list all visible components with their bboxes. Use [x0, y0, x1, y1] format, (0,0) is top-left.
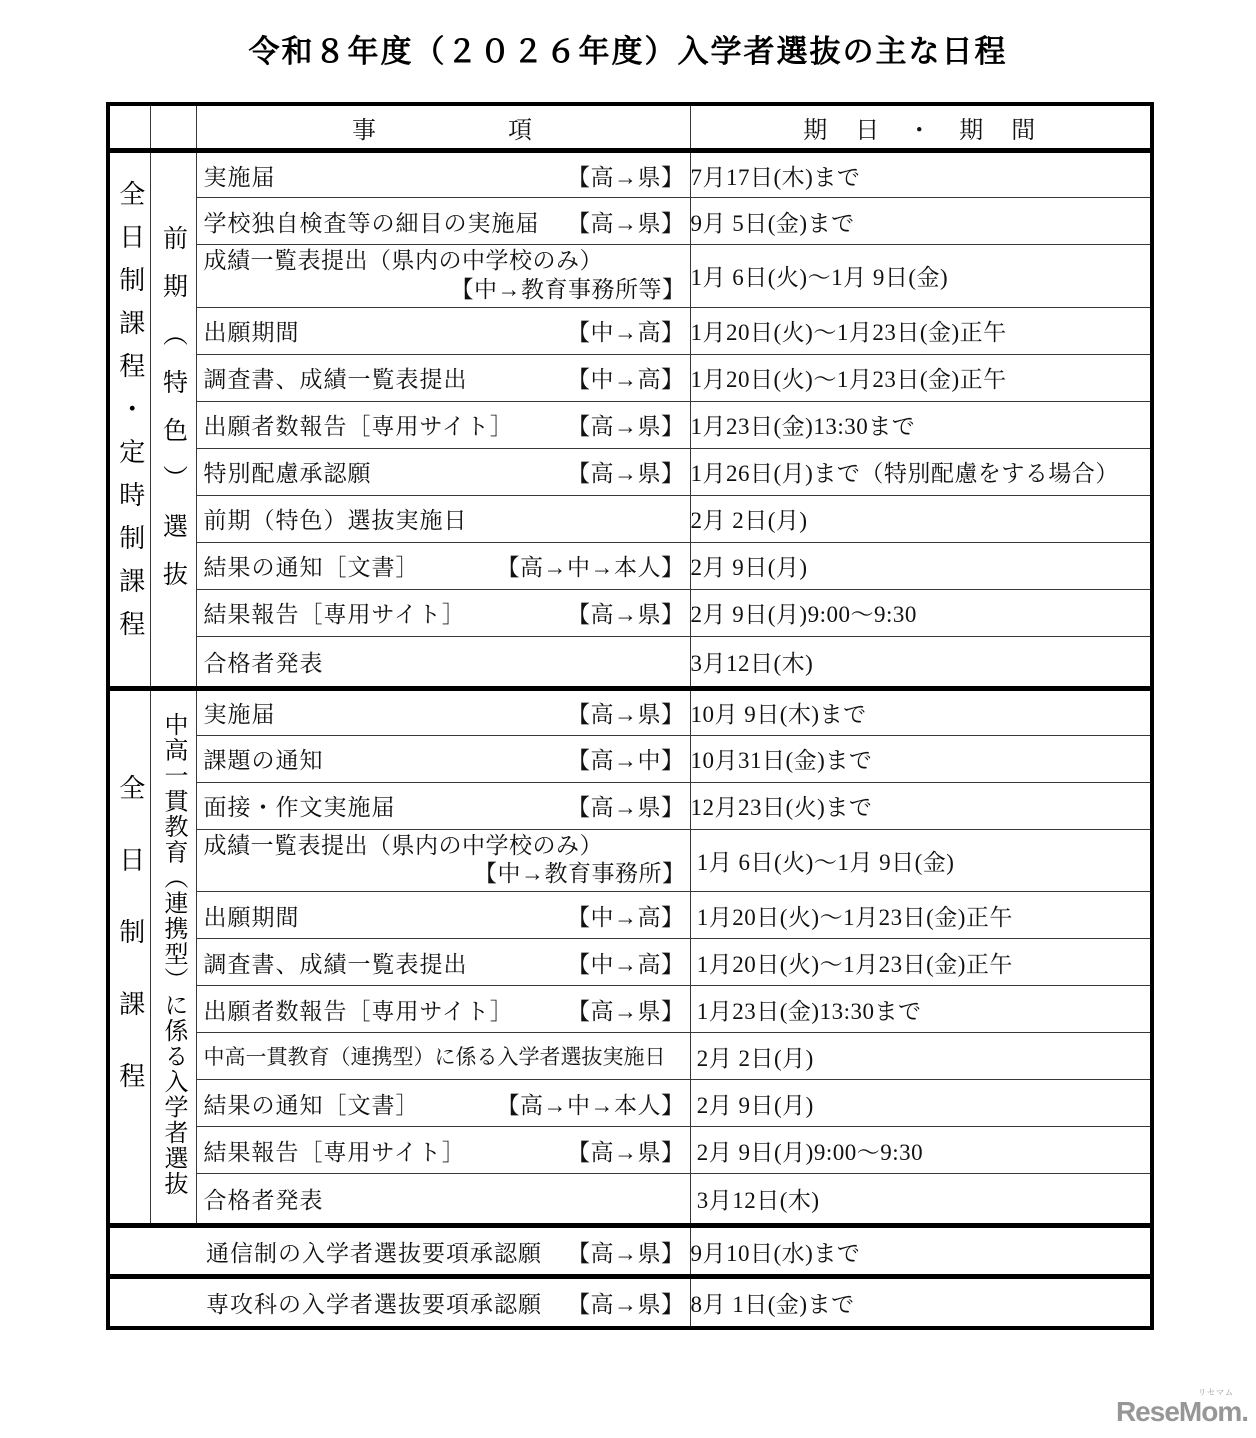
- item-label: 結果報告［専用サイト］: [204, 596, 466, 629]
- item-label: 特別配慮承認願: [204, 455, 372, 488]
- date-value: 10月31日(金)まで: [690, 735, 1152, 782]
- item-cell: 合格者発表: [196, 636, 690, 688]
- date-value: 10月 9日(木)まで: [690, 688, 1152, 735]
- table-row: 出願者数報告［専用サイト］【高→県】 1月23日(金)13:30まで: [108, 401, 1152, 448]
- date-value: 9月 5日(金)まで: [690, 198, 1152, 245]
- table-row: 全日制課程 中高一貫教育（連携型）に係る入学者選抜 実施届【高→県】 10月 9…: [108, 688, 1152, 735]
- date-value: 9月10日(水)まで: [690, 1226, 1152, 1277]
- item-label: 合格者発表: [204, 1182, 324, 1215]
- date-value: 1月20日(火)～1月23日(金)正午: [690, 939, 1152, 986]
- header-empty-cell: [150, 104, 196, 151]
- date-value: 2月 2日(月): [690, 1033, 1152, 1080]
- route-tag: 【中→教育事務所等】: [204, 276, 686, 305]
- route-tag: 【高→県】: [567, 408, 685, 441]
- route-tag: 【中→高】: [567, 946, 685, 979]
- item-label: 出願期間: [204, 899, 300, 932]
- date-value: 1月 6日(火)～1月 9日(金): [690, 829, 1152, 892]
- date-value: 1月20日(火)～1月23日(金)正午: [690, 892, 1152, 939]
- header-date-label: 期 日 ・ 期 間: [690, 104, 1152, 151]
- date-value: 7月17日(木)まで: [690, 151, 1152, 198]
- route-tag: 【中→高】: [567, 314, 685, 347]
- date-value: 3月12日(木): [690, 1174, 1152, 1226]
- item-label: 出願者数報告［専用サイト］: [204, 408, 514, 441]
- table-row: 前期（特色）選抜実施日 2月 2日(月): [108, 495, 1152, 542]
- group-label-course-2: 全日制課程: [108, 688, 150, 1226]
- date-value: 1月 6日(火)～1月 9日(金): [690, 245, 1152, 308]
- route-tag: 【高→中】: [567, 742, 685, 775]
- item-cell: 前期（特色）選抜実施日: [196, 495, 690, 542]
- route-tag: 【高→県】: [567, 1286, 685, 1319]
- item-cell: 実施届【高→県】: [196, 151, 690, 198]
- resemom-logo: リセマムReseMom.: [1116, 1398, 1248, 1426]
- item-label: 実施届: [204, 696, 276, 729]
- item-cell: 成績一覧表提出（県内の中学校のみ）【中→教育事務所等】: [196, 245, 690, 308]
- date-value: 2月 9日(月)9:00～9:30: [690, 1127, 1152, 1174]
- item-label: 前期（特色）選抜実施日: [204, 502, 468, 535]
- item-label: 結果の通知［文書］: [204, 1087, 420, 1120]
- table-row: 課題の通知【高→中】 10月31日(金)まで: [108, 735, 1152, 782]
- table-row: 調査書、成績一覧表提出【中→高】 1月20日(火)～1月23日(金)正午: [108, 354, 1152, 401]
- header-row: 事 項 期 日 ・ 期 間: [108, 104, 1152, 151]
- group-label-selection-1: 前期（特色）選抜: [150, 151, 196, 689]
- schedule-table: 事 項 期 日 ・ 期 間 全日制課程・定時制課程 前期（特色）選抜 実施届【高…: [106, 102, 1154, 1330]
- item-cell: 調査書、成績一覧表提出【中→高】: [196, 939, 690, 986]
- page-title: 令和８年度（２０２６年度）入学者選抜の主な日程: [0, 26, 1256, 71]
- item-label: 調査書、成績一覧表提出: [204, 946, 468, 979]
- table-row: 出願期間【中→高】 1月20日(火)～1月23日(金)正午: [108, 307, 1152, 354]
- item-cell: 結果報告［専用サイト］【高→県】: [196, 589, 690, 636]
- item-label: 面接・作文実施届: [204, 789, 396, 822]
- date-value: 3月12日(木): [690, 636, 1152, 688]
- table-row: 結果報告［専用サイト］【高→県】 2月 9日(月)9:00～9:30: [108, 1127, 1152, 1174]
- table-row: 出願者数報告［専用サイト］【高→県】 1月23日(金)13:30まで: [108, 986, 1152, 1033]
- date-value: 2月 9日(月)9:00～9:30: [690, 589, 1152, 636]
- date-value: 2月 9日(月): [690, 542, 1152, 589]
- route-tag: 【高→中→本人】: [497, 549, 685, 582]
- item-cell: 面接・作文実施届【高→県】: [196, 782, 690, 829]
- route-tag: 【中→教育事務所】: [204, 860, 686, 889]
- item-label: 成績一覧表提出（県内の中学校のみ）: [204, 832, 686, 861]
- group-label-selection-2: 中高一貫教育（連携型）に係る入学者選抜: [150, 688, 196, 1226]
- date-value: 2月 2日(月): [690, 495, 1152, 542]
- item-cell: 実施届【高→県】: [196, 688, 690, 735]
- table-row: 学校独自検査等の細目の実施届【高→県】 9月 5日(金)まで: [108, 198, 1152, 245]
- route-tag: 【高→県】: [567, 159, 685, 192]
- table-row: 調査書、成績一覧表提出【中→高】 1月20日(火)～1月23日(金)正午: [108, 939, 1152, 986]
- date-value: 1月20日(火)～1月23日(金)正午: [690, 354, 1152, 401]
- item-cell: 特別配慮承認願【高→県】: [196, 448, 690, 495]
- table-row: 合格者発表 3月12日(木): [108, 636, 1152, 688]
- table-row: 専攻科の入学者選抜要項承認願【高→県】 8月 1日(金)まで: [108, 1277, 1152, 1328]
- table-row: 結果報告［専用サイト］【高→県】 2月 9日(月)9:00～9:30: [108, 589, 1152, 636]
- item-label: 通信制の入学者選抜要項承認願: [206, 1235, 542, 1268]
- item-label: 成績一覧表提出（県内の中学校のみ）: [204, 247, 686, 276]
- date-value: 1月23日(金)13:30まで: [690, 401, 1152, 448]
- date-value: 8月 1日(金)まで: [690, 1277, 1152, 1328]
- table-row: 中高一貫教育（連携型）に係る入学者選抜実施日 2月 2日(月): [108, 1033, 1152, 1080]
- item-label: 調査書、成績一覧表提出: [204, 361, 468, 394]
- item-cell: 出願期間【中→高】: [196, 307, 690, 354]
- route-tag: 【高→県】: [567, 1235, 685, 1268]
- item-label: 中高一貫教育（連携型）に係る入学者選抜実施日: [204, 1041, 666, 1071]
- table-row: 結果の通知［文書］【高→中→本人】 2月 9日(月): [108, 1080, 1152, 1127]
- resemom-logo-text: ReseMom.: [1116, 1396, 1248, 1427]
- route-tag: 【高→県】: [567, 1134, 685, 1167]
- table-row: 成績一覧表提出（県内の中学校のみ）【中→教育事務所】 1月 6日(火)～1月 9…: [108, 829, 1152, 892]
- item-label: 結果報告［専用サイト］: [204, 1134, 466, 1167]
- route-tag: 【中→高】: [567, 899, 685, 932]
- table-row: 結果の通知［文書］【高→中→本人】 2月 9日(月): [108, 542, 1152, 589]
- date-value: 2月 9日(月): [690, 1080, 1152, 1127]
- date-value: 12月23日(火)まで: [690, 782, 1152, 829]
- item-label: 結果の通知［文書］: [204, 549, 420, 582]
- item-cell: 結果の通知［文書］【高→中→本人】: [196, 1080, 690, 1127]
- group-label-course-1: 全日制課程・定時制課程: [108, 151, 150, 689]
- route-tag: 【高→県】: [567, 993, 685, 1026]
- table-row: 特別配慮承認願【高→県】 1月26日(月)まで（特別配慮をする場合）: [108, 448, 1152, 495]
- date-value: 1月20日(火)～1月23日(金)正午: [690, 307, 1152, 354]
- route-tag: 【高→県】: [567, 205, 685, 238]
- item-cell: 専攻科の入学者選抜要項承認願【高→県】: [108, 1277, 690, 1328]
- item-cell: 出願者数報告［専用サイト］【高→県】: [196, 986, 690, 1033]
- header-empty-cell: [108, 104, 150, 151]
- item-cell: 結果の通知［文書］【高→中→本人】: [196, 542, 690, 589]
- route-tag: 【高→県】: [567, 789, 685, 822]
- table-row: 全日制課程・定時制課程 前期（特色）選抜 実施届【高→県】 7月17日(木)まで: [108, 151, 1152, 198]
- item-label: 専攻科の入学者選抜要項承認願: [206, 1286, 542, 1319]
- item-cell: 合格者発表: [196, 1174, 690, 1226]
- item-label: 出願期間: [204, 314, 300, 347]
- date-value: 1月23日(金)13:30まで: [690, 986, 1152, 1033]
- item-cell: 中高一貫教育（連携型）に係る入学者選抜実施日: [196, 1033, 690, 1080]
- item-label: 出願者数報告［専用サイト］: [204, 993, 514, 1026]
- item-cell: 学校独自検査等の細目の実施届【高→県】: [196, 198, 690, 245]
- header-item-label: 事 項: [196, 104, 690, 151]
- table-row: 合格者発表 3月12日(木): [108, 1174, 1152, 1226]
- item-cell: 成績一覧表提出（県内の中学校のみ）【中→教育事務所】: [196, 829, 690, 892]
- route-tag: 【高→中→本人】: [497, 1087, 685, 1120]
- item-label: 合格者発表: [204, 645, 324, 678]
- item-cell: 課題の通知【高→中】: [196, 735, 690, 782]
- table-row: 出願期間【中→高】 1月20日(火)～1月23日(金)正午: [108, 892, 1152, 939]
- item-cell: 出願期間【中→高】: [196, 892, 690, 939]
- resemom-logo-ruby: リセマム: [1198, 1389, 1234, 1397]
- item-label: 課題の通知: [204, 742, 324, 775]
- item-label: 学校独自検査等の細目の実施届: [204, 205, 540, 238]
- date-value: 1月26日(月)まで（特別配慮をする場合）: [690, 448, 1152, 495]
- table-row: 成績一覧表提出（県内の中学校のみ）【中→教育事務所等】 1月 6日(火)～1月 …: [108, 245, 1152, 308]
- route-tag: 【中→高】: [567, 361, 685, 394]
- route-tag: 【高→県】: [567, 696, 685, 729]
- table-row: 通信制の入学者選抜要項承認願【高→県】 9月10日(水)まで: [108, 1226, 1152, 1277]
- route-tag: 【高→県】: [567, 596, 685, 629]
- item-cell: 出願者数報告［専用サイト］【高→県】: [196, 401, 690, 448]
- item-cell: 通信制の入学者選抜要項承認願【高→県】: [108, 1226, 690, 1277]
- item-cell: 結果報告［専用サイト］【高→県】: [196, 1127, 690, 1174]
- table-row: 面接・作文実施届【高→県】 12月23日(火)まで: [108, 782, 1152, 829]
- route-tag: 【高→県】: [567, 455, 685, 488]
- item-cell: 調査書、成績一覧表提出【中→高】: [196, 354, 690, 401]
- item-label: 実施届: [204, 159, 276, 192]
